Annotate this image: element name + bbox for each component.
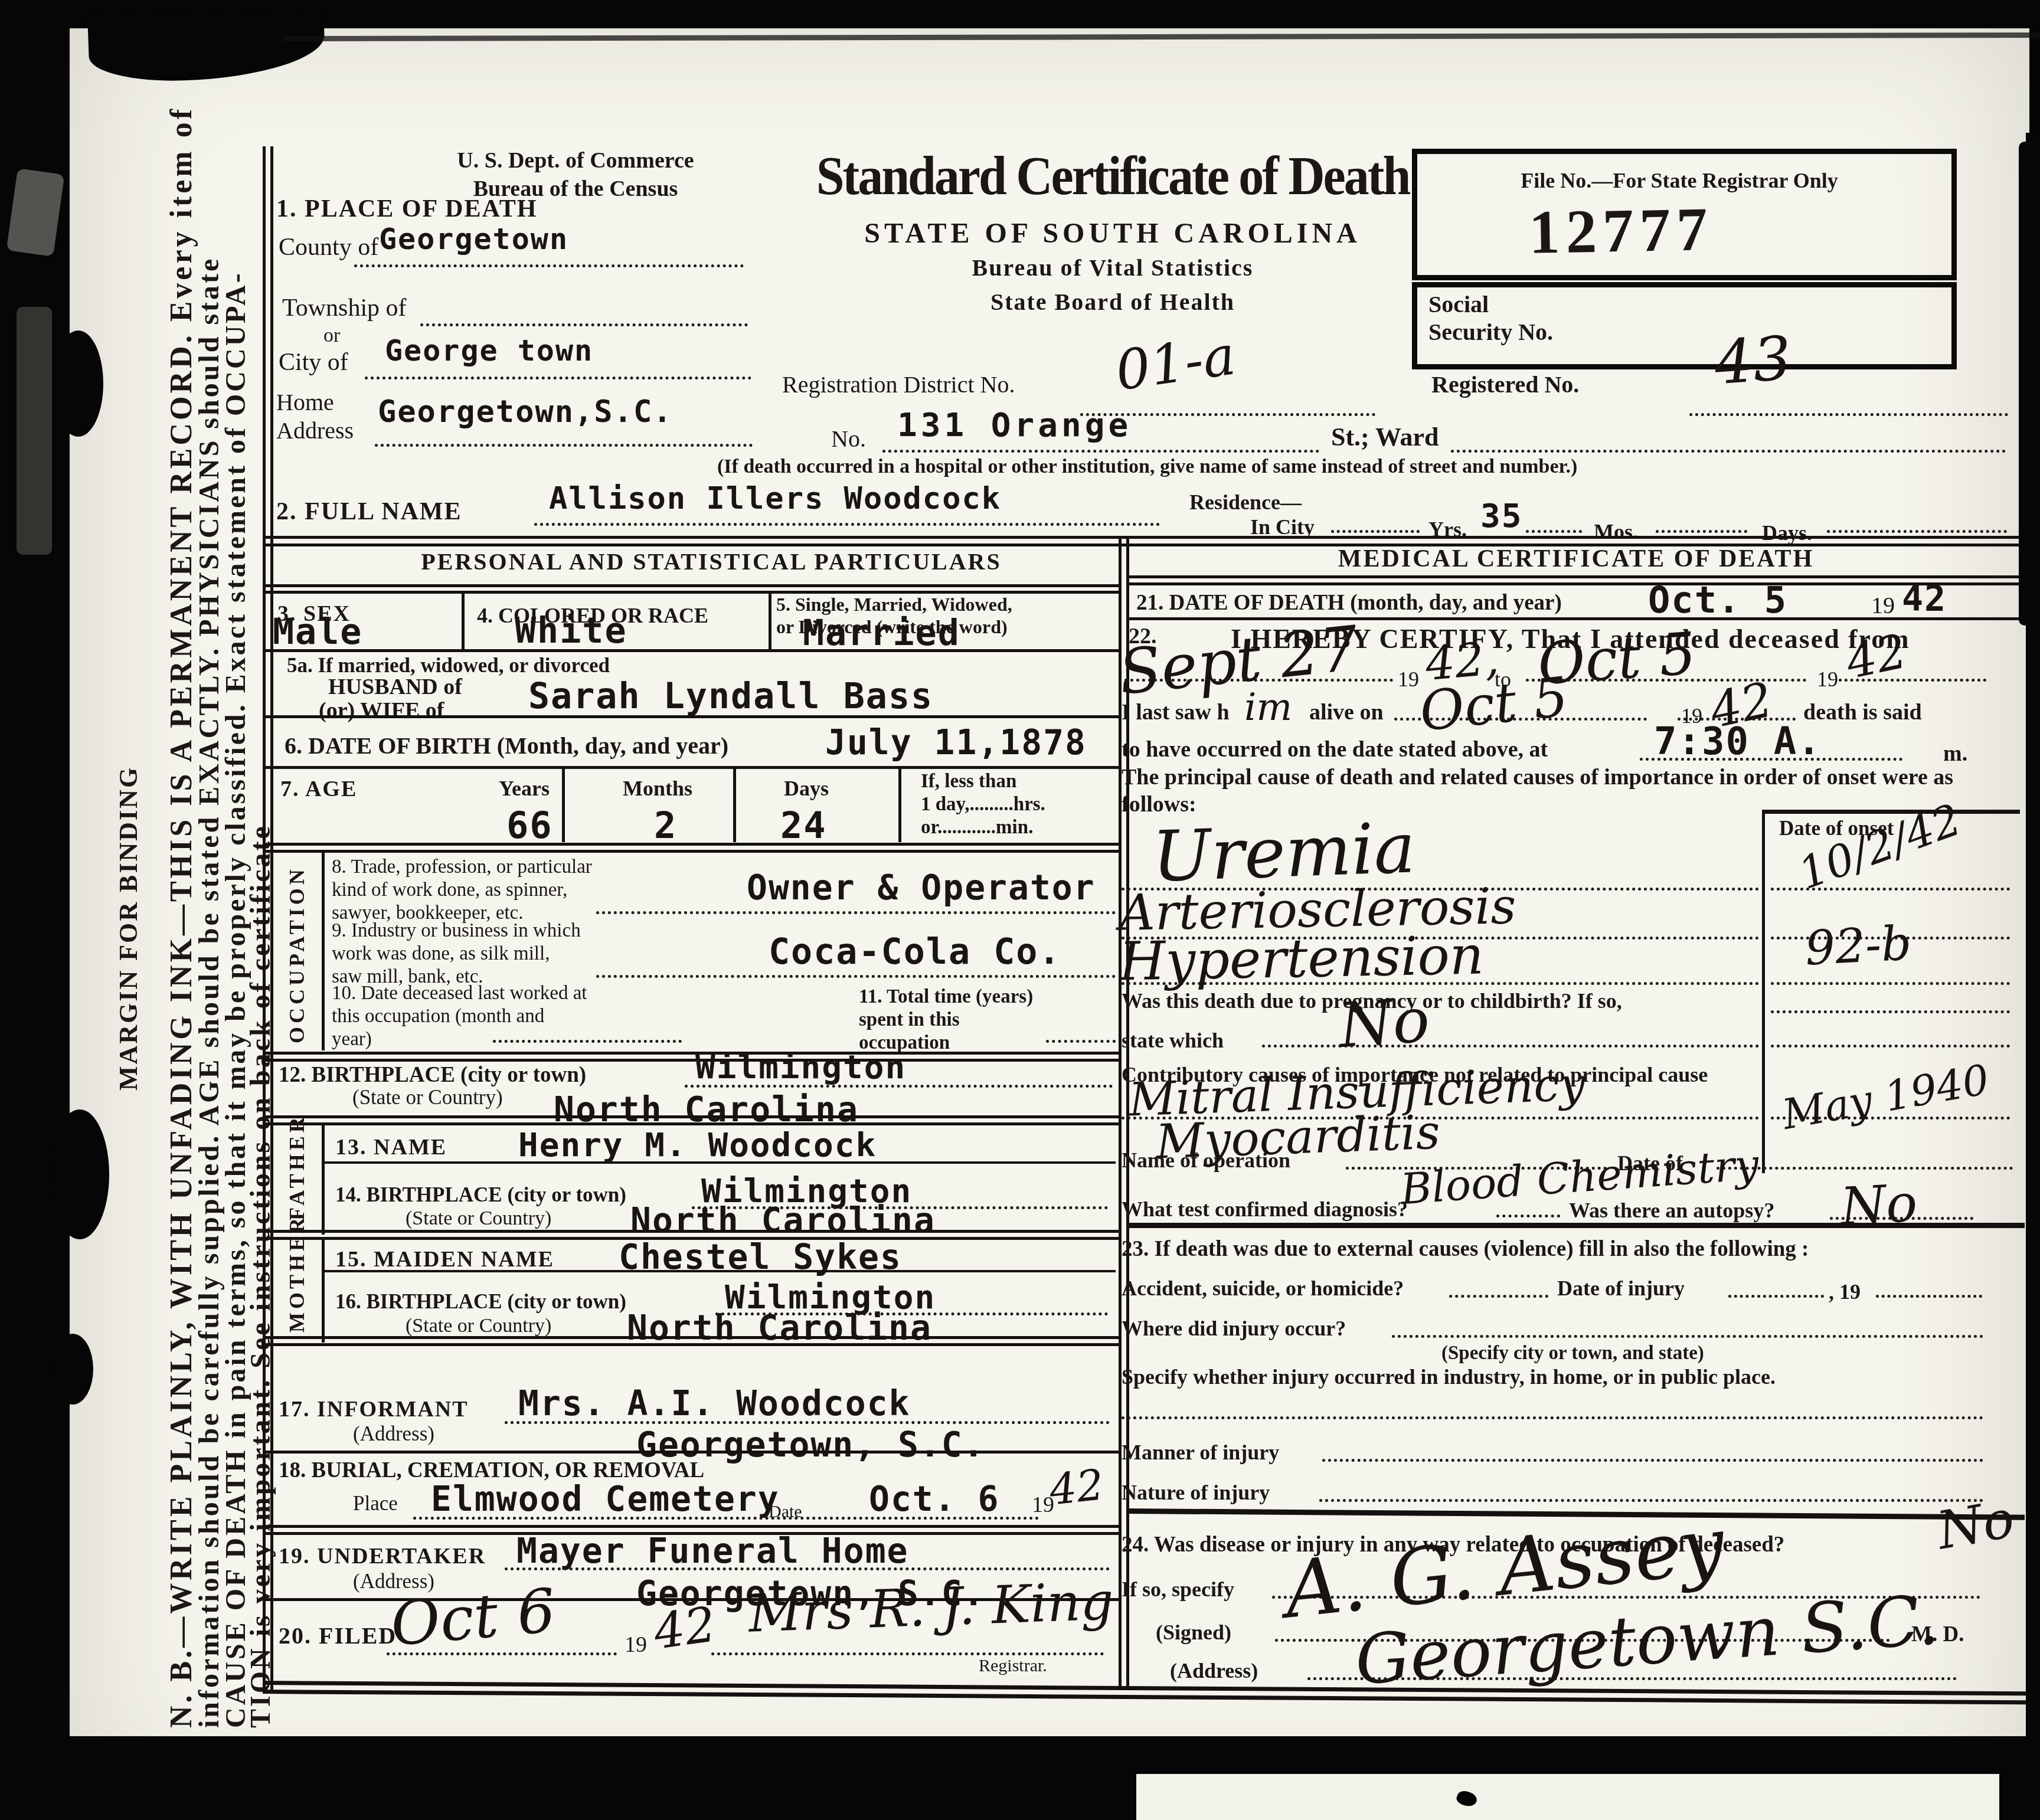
age-div2 — [733, 768, 736, 842]
spouse-label3: (or) WIFE of — [319, 698, 444, 724]
dob-label: 6. DATE OF BIRTH (Month, day, and year) — [285, 732, 728, 760]
days-label: Days. — [1762, 521, 1812, 545]
age-rule-b — [263, 850, 1119, 853]
mother-name-label: 15. MAIDEN NAME — [335, 1246, 554, 1272]
father-bp-state-value: North Carolina — [630, 1200, 936, 1240]
or-label: or — [323, 325, 340, 347]
occupation-side-label: OCCUPATION — [285, 866, 309, 1043]
days-dotted — [1827, 530, 2007, 533]
mother-bp-label: 16. BIRTHPLACE (city or town) — [335, 1290, 626, 1314]
test-label: What test confirmed diagnosis? — [1122, 1197, 1408, 1222]
home-label: Home — [276, 388, 334, 416]
township-label: Township of — [282, 294, 407, 322]
cause3-onset-dotted — [1771, 982, 2010, 985]
bp-rule-b — [263, 1122, 1119, 1125]
margin-binding-note: MARGIN FOR BINDING — [113, 766, 143, 1091]
nature-label: Nature of injury — [1122, 1480, 1270, 1505]
occurred-dotted — [1640, 758, 1902, 761]
race-value: White — [515, 610, 627, 652]
undertaker-value: Mayer Funeral Home — [516, 1531, 909, 1571]
state-which-dotted — [1262, 1045, 1759, 1048]
medical-title-rule-a — [1126, 575, 2025, 578]
city-label: City of — [279, 348, 348, 377]
undertaker-label: 19. UNDERTAKER — [279, 1543, 486, 1569]
injury-year-pre: , 19 — [1829, 1279, 1861, 1304]
external-label: 23. If death was due to external causes … — [1122, 1236, 1809, 1262]
medical-title-rule-b — [1126, 582, 2025, 585]
item11-label: 11. Total time (years) spent in this occ… — [859, 986, 1033, 1055]
mos-dotted — [1656, 530, 1747, 533]
specify-city-label: (Specify city or town, and state) — [1441, 1343, 1704, 1364]
mother-rule-a — [263, 1336, 1119, 1339]
registered-no-dotted — [1689, 413, 2008, 416]
burial-place-value: Elmwood Cemetery — [431, 1479, 780, 1519]
state-line: STATE OF SOUTH CAROLINA — [785, 217, 1440, 250]
cause3-dotted — [1122, 982, 1759, 985]
autopsy-dotted — [1830, 1217, 1973, 1220]
certificate-title: Standard Certificate of Death — [785, 144, 1440, 208]
hospital-note: (If death occurred in a hospital or othe… — [717, 456, 1577, 478]
dod-label: 21. DATE OF DEATH (month, day, and year) — [1136, 590, 1562, 616]
occurred-label: to have occurred on the date stated abov… — [1122, 736, 1548, 762]
scan-blob-left1 — [53, 330, 103, 437]
scan-bottom-notch — [1136, 1774, 1999, 1820]
street-no-label: No. — [831, 425, 866, 453]
attended-from-dotted — [1119, 679, 1393, 682]
reg-district-label: Registration District No. — [782, 371, 1015, 398]
injury-date-label: Date of injury — [1557, 1276, 1685, 1301]
birthplace-value: Wilmington — [695, 1048, 906, 1086]
item8-value: Owner & Operator — [747, 868, 1096, 908]
autopsy-label: Was there an autopsy? — [1569, 1198, 1774, 1223]
pregnancy-onset-dotted — [1771, 1010, 2010, 1013]
contrib-onset-dotted — [1771, 1117, 2010, 1120]
if-so-label: If so, specify — [1122, 1577, 1234, 1602]
form-left-border-outer — [263, 146, 266, 1690]
occ-rule-b — [263, 1059, 1119, 1062]
fullwidth-rule-a — [263, 536, 2025, 539]
onset-box-left — [1762, 810, 1765, 1173]
age-div1 — [562, 768, 565, 842]
age-years-value: 66 — [506, 804, 553, 847]
township-dotted-line — [420, 323, 748, 326]
attended-to-pre: 19 — [1817, 667, 1838, 692]
cause1-onset-dotted — [1771, 888, 2010, 891]
age-years-label: Years — [499, 776, 550, 801]
item8-dotted — [596, 911, 1116, 914]
birthplace-dotted — [685, 1085, 1113, 1088]
burial-dotted — [413, 1517, 1039, 1520]
spouse-value: Sarah Lyndall Bass — [528, 676, 933, 717]
occurred-time-value: 7:30 A. — [1654, 720, 1822, 764]
specify-whether-dotted — [1122, 1416, 1983, 1419]
dod-year-pre: 19 — [1871, 591, 1895, 619]
full-name-label: 2. FULL NAME — [276, 497, 462, 526]
street-value: 131 Orange — [897, 406, 1132, 444]
father-name-rule — [323, 1161, 1116, 1164]
county-value: Georgetown — [379, 222, 568, 256]
sex-race-divider — [462, 593, 465, 650]
mother-name-rule — [323, 1270, 1116, 1272]
board-line: State Board of Health — [785, 288, 1440, 316]
medical-section-title: MEDICAL CERTIFICATE OF DEATH — [1151, 545, 2001, 573]
informant-label: 17. INFORMANT — [279, 1396, 469, 1422]
attended-year-dotted — [1839, 679, 1986, 682]
dod-rule — [1126, 617, 2025, 620]
spouse-row-rule — [263, 715, 1119, 718]
filed-date-value: Oct 6 — [388, 1576, 558, 1660]
filed-dotted1 — [387, 1652, 617, 1655]
age-days-label: Days — [784, 776, 829, 801]
city-value: George town — [385, 333, 593, 368]
nature-dotted — [1319, 1499, 1983, 1502]
specify-whether-label: Specify whether injury occurred in indus… — [1122, 1364, 1776, 1389]
filed-year-pre: 19 — [625, 1632, 647, 1658]
full-name-value: Allison Illers Woodcock — [549, 481, 1001, 516]
form-left-border-inner — [270, 146, 273, 1690]
city-dotted-line — [365, 377, 751, 379]
mos-label: Mos. — [1594, 519, 1638, 544]
marital-value: Married — [803, 613, 960, 654]
scan-blob-left2 — [50, 1109, 109, 1239]
age-months-value: 2 — [654, 804, 677, 847]
filed-year-value: 42 — [650, 1596, 720, 1661]
filed-dotted2 — [711, 1652, 1104, 1655]
last-saw-label1: I last saw h — [1122, 699, 1230, 725]
undertaker-dotted — [505, 1567, 1110, 1570]
birthplace-state-label: (State or Country) — [352, 1086, 503, 1109]
birthplace-label: 12. BIRTHPLACE (city or town) — [279, 1062, 586, 1088]
where-injury-dotted — [1392, 1335, 1983, 1338]
scan-edge-right-upper — [2019, 142, 2040, 626]
file-no-value: 12777 — [1528, 193, 1714, 267]
pregnancy-answer: No — [1336, 984, 1432, 1062]
sex-value: Male — [273, 611, 363, 653]
test-dotted — [1496, 1215, 1560, 1217]
attended-from-pre: 19 — [1398, 667, 1419, 692]
father-rule-a — [263, 1230, 1119, 1233]
father-side-label: FATHER — [285, 1114, 309, 1220]
item9-dotted — [596, 975, 1116, 978]
ward-dotted — [1451, 450, 2006, 453]
age-rule-a — [263, 843, 1119, 846]
dod-value: Oct. 5 — [1648, 578, 1787, 621]
bp-rule-a — [263, 1115, 1119, 1118]
father-name-value: Henry M. Woodcock — [518, 1126, 877, 1164]
full-name-dotted — [534, 523, 1160, 526]
item9-value: Coca-Cola Co. — [769, 931, 1061, 973]
external-rule — [1126, 1223, 2025, 1228]
dod-year-value: 42 — [1902, 578, 1947, 620]
spouse-label2: HUSBAND of — [328, 674, 462, 700]
age-less-label: If, less than 1 day,.........hrs. or....… — [921, 770, 1045, 839]
registrar-label: Registrar. — [979, 1656, 1047, 1676]
age-label: 7. AGE — [280, 776, 357, 802]
last-saw-hw: im — [1244, 686, 1292, 729]
item9-label: 9. Industry or business in which work wa… — [332, 919, 581, 988]
burial-year-value: 42 — [1047, 1459, 1106, 1514]
scan-edge-left — [0, 0, 70, 1820]
dob-row-rule — [263, 766, 1119, 769]
last-saw-dotted — [1394, 718, 1647, 721]
operation-label: Name of operation — [1122, 1148, 1290, 1173]
where-injury-label: Where did injury occur? — [1122, 1316, 1346, 1341]
st-ward-label: St.; Ward — [1331, 422, 1439, 452]
injury-date-dotted — [1728, 1295, 1824, 1298]
mother-inner-line — [322, 1239, 325, 1343]
father-inner-line — [322, 1125, 325, 1235]
personal-title-rule-a — [263, 584, 1119, 587]
item8-label: 8. Trade, profession, or particular kind… — [332, 856, 592, 925]
age-days-value: 24 — [780, 804, 827, 847]
age-months-label: Months — [623, 776, 692, 801]
residence-label: Residence— — [1189, 490, 1302, 515]
age-div3 — [898, 768, 901, 842]
dob-value: July 11,1878 — [825, 722, 1087, 762]
file-no-box-label: File No.—For State Registrar Only — [1423, 168, 1936, 193]
item10-dotted — [493, 1040, 682, 1043]
bureau-line: Bureau of Vital Statistics — [785, 254, 1440, 281]
signed-label: (Signed) — [1156, 1620, 1231, 1645]
onset-box-top — [1762, 810, 2020, 814]
operation-date-dotted — [1717, 1167, 2013, 1170]
home-dotted-line — [375, 444, 753, 447]
state-which-onset-dotted — [1771, 1045, 2010, 1048]
yrs-value: 35 — [1480, 497, 1522, 535]
mother-side-label: MOTHER — [285, 1215, 309, 1333]
county-label: County of — [279, 233, 378, 261]
yrs-dotted — [1526, 530, 1582, 533]
burial-date-value: Oct. 6 — [869, 1479, 1000, 1519]
race-marital-divider — [769, 593, 771, 650]
scanned-death-certificate: MARGIN FOR BINDING N. B.—WRITE PLAINLY, … — [0, 0, 2040, 1820]
cause3-onset-value: 92-b — [1804, 915, 1913, 976]
registered-no-value: 43 — [1712, 323, 1794, 399]
personal-section-title: PERSONAL AND STATISTICAL PARTICULARS — [307, 548, 1116, 575]
burial-place-label: Place — [353, 1492, 398, 1515]
manner-dotted — [1322, 1459, 1983, 1462]
occupation-inner-line — [322, 853, 325, 1050]
injury-year-dotted — [1876, 1295, 1982, 1298]
father-bp-state-label: (State or Country) — [406, 1207, 551, 1230]
manner-label: Manner of injury — [1122, 1440, 1279, 1465]
street-dotted — [882, 450, 1319, 453]
md-address-label: (Address) — [1170, 1658, 1258, 1683]
informant-addr-label: (Address) — [353, 1422, 434, 1446]
mother-rule-b — [263, 1343, 1119, 1346]
agency-line1: U. S. Dept. of Commerce — [413, 148, 738, 174]
father-name-label: 13. NAME — [335, 1134, 447, 1160]
informant-dotted — [505, 1421, 1110, 1424]
in-city-dotted — [1331, 530, 1420, 533]
registrar-signature: Mrs R. J. King — [747, 1570, 1114, 1644]
ssn-label: Social Security No. — [1428, 290, 1553, 346]
occ-rule-a — [263, 1052, 1119, 1055]
sex-row-rule — [263, 649, 1119, 652]
county-dotted-line — [354, 264, 744, 267]
scan-ghost-mark2 — [17, 307, 52, 555]
burial-rule-a — [263, 1525, 1119, 1528]
accident-dotted — [1449, 1295, 1548, 1298]
address-label: Address — [276, 417, 354, 444]
mother-bp-state-value: North Carolina — [627, 1308, 932, 1348]
state-which-label: state which — [1122, 1028, 1224, 1053]
item11-dotted — [1046, 1040, 1116, 1043]
accident-label: Accident, suicide, or homicide? — [1122, 1276, 1404, 1301]
scan-blob-left3 — [52, 1334, 93, 1405]
registered-no-label: Registered No. — [1431, 371, 1579, 398]
last-saw-label2: alive on — [1309, 699, 1384, 725]
father-bp-label: 14. BIRTHPLACE (city or town) — [335, 1183, 626, 1207]
informant-rule — [263, 1451, 1119, 1454]
filed-label: 20. FILED — [279, 1622, 397, 1649]
home-address-value: Georgetown,S.C. — [378, 394, 673, 430]
informant-value: Mrs. A.I. Woodcock — [518, 1383, 911, 1423]
place-of-death-label: 1. PLACE OF DEATH — [276, 195, 537, 223]
mother-bp-state-label: (State or Country) — [406, 1315, 551, 1337]
occurred-m-label: m. — [1943, 741, 1967, 767]
